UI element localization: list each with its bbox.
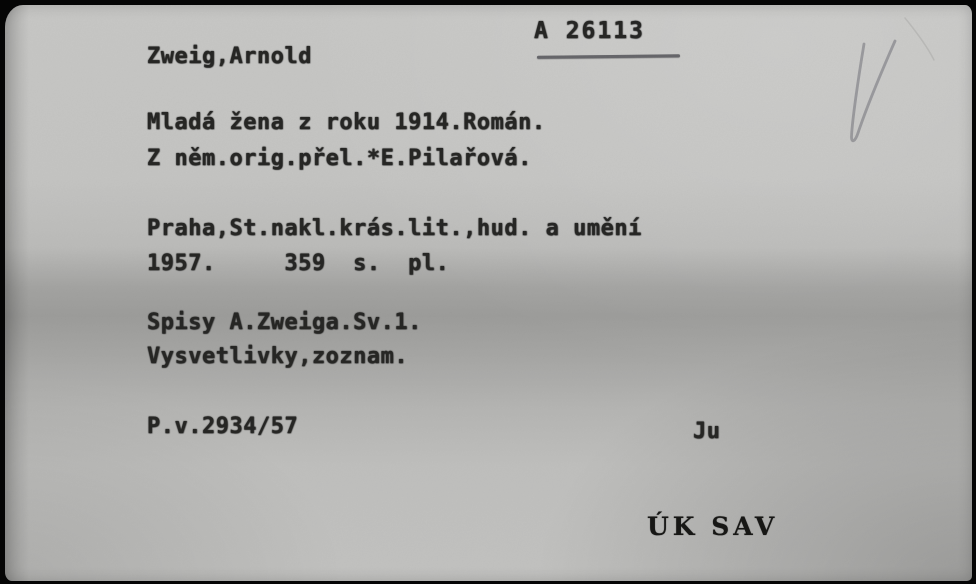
translation-note-line: Z něm.orig.přel.*E.Pilařová. <box>147 146 532 171</box>
cataloguer-initials: Ju <box>693 419 721 444</box>
scanned-catalog-card-image: A 26113 Zweig,Arnold Mladá žena z roku 1… <box>0 0 976 584</box>
call-number: A 26113 <box>534 18 645 44</box>
library-stamp: ÚK SAV <box>647 512 778 541</box>
imprint-publisher-line: Praha,St.nakl.krás.lit.,hud. a umění <box>147 216 642 241</box>
author-heading: Zweig,Arnold <box>147 44 312 69</box>
catalog-card-paper <box>5 5 972 581</box>
accession-number: P.v.2934/57 <box>147 414 298 439</box>
title-line: Mladá žena z roku 1914.Román. <box>147 110 546 135</box>
series-line: Spisy A.Zweiga.Sv.1. <box>147 310 422 335</box>
series-note-line: Vysvetlivky,zoznam. <box>147 344 408 369</box>
imprint-year-pagination-line: 1957. 359 s. pl. <box>147 251 449 276</box>
